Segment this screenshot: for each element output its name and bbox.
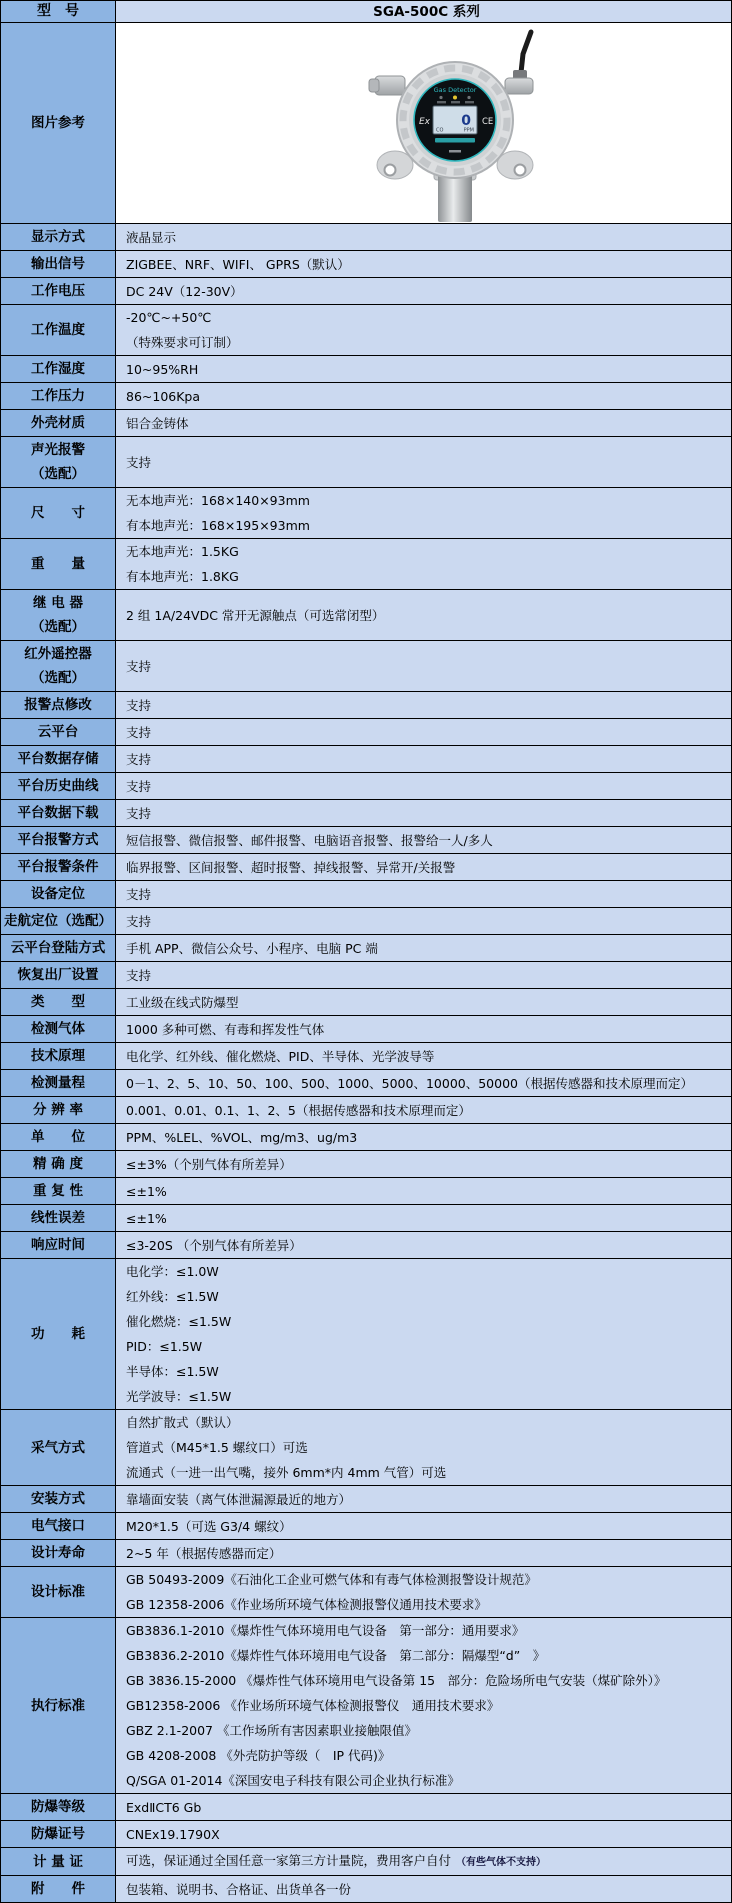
- row-value: 工业级在线式防爆型: [116, 989, 731, 1015]
- table-row: 工作湿度10~95%RH: [1, 356, 731, 383]
- row-value: 0.001、0.01、0.1、1、2、5（根据传感器和技术原理而定）: [116, 1097, 731, 1123]
- table-row: 工作电压DC 24V（12-30V）: [1, 278, 731, 305]
- value-text: 临界报警、区间报警、超时报警、掉线报警、异常开/关报警: [126, 860, 455, 875]
- row-value: 无本地声光：1.5KG有本地声光：1.8KG: [116, 539, 731, 589]
- value-text: 有本地声光：168×195×93mm: [126, 518, 310, 533]
- value-line: 半导体：≤1.5W: [126, 1359, 727, 1384]
- value-text: 无本地声光：1.5KG: [126, 544, 239, 559]
- left-cable-cap: [369, 79, 379, 92]
- row-value: 支持: [116, 881, 731, 907]
- value-line: 催化燃烧：≤1.5W: [126, 1309, 727, 1334]
- value-text: 管道式（M45*1.5 螺纹口）可选: [126, 1440, 308, 1455]
- value-line: GB3836.2-2010《爆炸性气体环境用电气设备 第二部分：隔爆型“d” 》: [126, 1643, 727, 1668]
- teal-banner: [435, 138, 475, 143]
- row-value: ≤±3%（个别气体有所差异）: [116, 1151, 731, 1177]
- row-label: 显示方式: [1, 224, 116, 250]
- table-row: 云平台支持: [1, 719, 731, 746]
- power-led: [453, 96, 457, 100]
- row-value: ≤3-20S （个别气体有所差异）: [116, 1232, 731, 1258]
- value-line: PPM、%LEL、%VOL、mg/m3、ug/m3: [126, 1125, 727, 1150]
- row-value: 10~95%RH: [116, 356, 731, 382]
- value-text: 光学波导：≤1.5W: [126, 1389, 231, 1404]
- row-label: 技术原理: [1, 1043, 116, 1069]
- row-value: 支持: [116, 800, 731, 826]
- table-row: 重 复 性≤±1%: [1, 1178, 731, 1205]
- table-row: 电气接口M20*1.5（可选 G3/4 螺纹）: [1, 1513, 731, 1540]
- value-text: 2 组 1A/24VDC 常开无源触点（可选常闭型）: [126, 608, 384, 623]
- value-text: 手机 APP、微信公众号、小程序、电脑 PC 端: [126, 941, 378, 956]
- table-row: 工作压力86~106Kpa: [1, 383, 731, 410]
- row-label: 设计标准: [1, 1567, 116, 1617]
- value-text: 电化学：≤1.0W: [126, 1264, 219, 1279]
- value-text: 铝合金铸体: [126, 416, 189, 431]
- table-row: 响应时间≤3-20S （个别气体有所差异）: [1, 1232, 731, 1259]
- row-label: 工作温度: [1, 305, 116, 355]
- table-row: 走航定位（选配）支持: [1, 908, 731, 935]
- antenna-icon: [513, 32, 531, 82]
- value-text: GBZ 2.1-2007 《工作场所有害因素职业接触限值》: [126, 1723, 417, 1738]
- table-row: 显示方式液晶显示: [1, 224, 731, 251]
- value-line: 10~95%RH: [126, 357, 727, 382]
- value-text: 支持: [126, 725, 151, 740]
- header-row: 型 号 SGA-500C 系列: [1, 1, 731, 23]
- value-line: 支持: [126, 720, 727, 745]
- table-row: 云平台登陆方式手机 APP、微信公众号、小程序、电脑 PC 端: [1, 935, 731, 962]
- table-row: 计 量 证可选，保证通过全国任意一家第三方计量院，费用客户自付（有些气体不支持）: [1, 1848, 731, 1876]
- row-value: ZIGBEE、NRF、WIFI、 GPRS（默认）: [116, 251, 731, 277]
- value-text: 支持: [126, 887, 151, 902]
- row-label: 功 耗: [1, 1259, 116, 1409]
- value-line: 0.001、0.01、0.1、1、2、5（根据传感器和技术原理而定）: [126, 1098, 727, 1123]
- row-label: 电气接口: [1, 1513, 116, 1539]
- value-text: ≤±1%: [126, 1211, 167, 1226]
- value-line: M20*1.5（可选 G3/4 螺纹）: [126, 1514, 727, 1539]
- value-text: 包装箱、说明书、合格证、出货单各一份: [126, 1882, 351, 1897]
- value-text: ≤±3%（个别气体有所差异）: [126, 1157, 292, 1172]
- value-line: 无本地声光：1.5KG: [126, 539, 727, 564]
- right-cable-gland: [505, 78, 533, 94]
- value-text: PPM、%LEL、%VOL、mg/m3、ug/m3: [126, 1130, 357, 1145]
- table-row: 采气方式自然扩散式（默认）管道式（M45*1.5 螺纹口）可选流通式（一进一出气…: [1, 1410, 731, 1486]
- value-text: GB 12358-2006《作业场所环境气体检测报警仪通用技术要求》: [126, 1597, 487, 1612]
- model-value: SGA-500C 系列: [116, 1, 731, 22]
- row-label: 平台报警方式: [1, 827, 116, 853]
- value-text: Q/SGA 01-2014《深国安电子科技有限公司企业执行标准》: [126, 1773, 460, 1788]
- value-text: 短信报警、微信报警、邮件报警、电脑语音报警、报警给一人/多人: [126, 833, 493, 848]
- row-value: 支持: [116, 719, 731, 745]
- row-value: 支持: [116, 641, 731, 691]
- row-label: 响应时间: [1, 1232, 116, 1258]
- value-line: 液晶显示: [126, 225, 727, 250]
- value-text: GB 3836.15-2000 《爆炸性气体环境用电气设备第 15 部分：危险场…: [126, 1673, 666, 1688]
- value-line: 1000 多种可燃、有毒和挥发性气体: [126, 1017, 727, 1042]
- row-value: 2 组 1A/24VDC 常开无源触点（可选常闭型）: [116, 590, 731, 640]
- lcd-right-text: PPM: [463, 128, 473, 134]
- row-value: CNEx19.1790X: [116, 1821, 731, 1847]
- value-line: ZIGBEE、NRF、WIFI、 GPRS（默认）: [126, 252, 727, 277]
- value-text: GB12358-2006 《作业场所环境气体检测报警仪 通用技术要求》: [126, 1698, 499, 1713]
- row-value: 支持: [116, 692, 731, 718]
- value-text: 电化学、红外线、催化燃烧、PID、半导体、光学波导等: [126, 1049, 434, 1064]
- value-line: 电化学：≤1.0W: [126, 1259, 727, 1284]
- table-row: 设计寿命2~5 年（根据传感器而定）: [1, 1540, 731, 1567]
- value-text: 红外线：≤1.5W: [126, 1289, 219, 1304]
- table-row: 输出信号ZIGBEE、NRF、WIFI、 GPRS（默认）: [1, 251, 731, 278]
- row-value: 铝合金铸体: [116, 410, 731, 436]
- value-text: DC 24V（12-30V）: [126, 284, 243, 299]
- row-label: 设备定位: [1, 881, 116, 907]
- value-text: 液晶显示: [126, 230, 176, 245]
- row-label: 云平台: [1, 719, 116, 745]
- value-line: 有本地声光：1.8KG: [126, 564, 727, 589]
- value-text: GB 4208-2008 《外壳防护等级（ IP 代码)》: [126, 1748, 390, 1763]
- table-row: 继 电 器 （选配）2 组 1A/24VDC 常开无源触点（可选常闭型）: [1, 590, 731, 641]
- value-text: 10~95%RH: [126, 362, 198, 377]
- row-label: 安装方式: [1, 1486, 116, 1512]
- value-line: ExdⅡCT6 Gb: [126, 1795, 727, 1820]
- row-value: 支持: [116, 908, 731, 934]
- row-value: 2~5 年（根据传感器而定）: [116, 1540, 731, 1566]
- table-row: 平台数据下载支持: [1, 800, 731, 827]
- row-value: 支持: [116, 773, 731, 799]
- value-line: 可选，保证通过全国任意一家第三方计量院，费用客户自付（有些气体不支持）: [126, 1848, 727, 1875]
- row-label: 采气方式: [1, 1410, 116, 1485]
- row-value: 支持: [116, 746, 731, 772]
- value-line: 短信报警、微信报警、邮件报警、电脑语音报警、报警给一人/多人: [126, 828, 727, 853]
- row-label: 单 位: [1, 1124, 116, 1150]
- value-text: 1000 多种可燃、有毒和挥发性气体: [126, 1022, 324, 1037]
- row-value: 无本地声光：168×140×93mm有本地声光：168×195×93mm: [116, 488, 731, 538]
- value-text: 支持: [126, 659, 151, 674]
- face-label-bar: [449, 150, 461, 153]
- value-line: 0－1、2、5、10、50、100、500、1000、5000、10000、50…: [126, 1071, 727, 1096]
- row-value: 支持: [116, 437, 731, 487]
- row-value: 0－1、2、5、10、50、100、500、1000、5000、10000、50…: [116, 1070, 731, 1096]
- table-row: 平台数据存储支持: [1, 746, 731, 773]
- screen-title: Gas Detector: [433, 86, 476, 94]
- table-row: 平台报警条件临界报警、区间报警、超时报警、掉线报警、异常开/关报警: [1, 854, 731, 881]
- value-line: 自然扩散式（默认）: [126, 1410, 727, 1435]
- row-value: PPM、%LEL、%VOL、mg/m3、ug/m3: [116, 1124, 731, 1150]
- value-line: GB12358-2006 《作业场所环境气体检测报警仪 通用技术要求》: [126, 1693, 727, 1718]
- value-line: 支持: [126, 747, 727, 772]
- row-value: ≤±1%: [116, 1205, 731, 1231]
- row-label: 云平台登陆方式: [1, 935, 116, 961]
- row-value: 支持: [116, 962, 731, 988]
- ex-mark: Ex: [419, 117, 431, 127]
- value-line: 有本地声光：168×195×93mm: [126, 513, 727, 538]
- value-line: 光学波导：≤1.5W: [126, 1384, 727, 1409]
- row-label: 类 型: [1, 989, 116, 1015]
- row-label: 防爆等级: [1, 1794, 116, 1820]
- value-line: 红外线：≤1.5W: [126, 1284, 727, 1309]
- value-line: 铝合金铸体: [126, 411, 727, 436]
- value-text: 支持: [126, 455, 151, 470]
- value-text: GB3836.2-2010《爆炸性气体环境用电气设备 第二部分：隔爆型“d” 》: [126, 1648, 545, 1663]
- value-line: 流通式（一进一出气嘴，接外 6mm*内 4mm 气管）可选: [126, 1460, 727, 1485]
- value-line: 工业级在线式防爆型: [126, 990, 727, 1015]
- row-label: 走航定位（选配）: [1, 908, 116, 934]
- model-series-text: SGA-500C 系列: [373, 2, 480, 22]
- row-label: 检测量程: [1, 1070, 116, 1096]
- model-label: 型 号: [1, 1, 116, 22]
- value-text: PID：≤1.5W: [126, 1339, 202, 1354]
- row-label: 平台数据下载: [1, 800, 116, 826]
- value-line: DC 24V（12-30V）: [126, 279, 727, 304]
- row-label: 红外遥控器 （选配）: [1, 641, 116, 691]
- value-line: Q/SGA 01-2014《深国安电子科技有限公司企业执行标准》: [126, 1768, 727, 1793]
- value-text: 无本地声光：168×140×93mm: [126, 493, 310, 508]
- value-text: ≤±1%: [126, 1184, 167, 1199]
- value-line: ≤±3%（个别气体有所差异）: [126, 1152, 727, 1177]
- table-row: 精 确 度≤±3%（个别气体有所差异）: [1, 1151, 731, 1178]
- row-label: 平台历史曲线: [1, 773, 116, 799]
- row-label: 附 件: [1, 1876, 116, 1902]
- value-text: ExdⅡCT6 Gb: [126, 1800, 201, 1815]
- table-row: 设计标准GB 50493-2009《石油化工企业可燃气体和有毒气体检测报警设计规…: [1, 1567, 731, 1618]
- ce-mark: CE: [482, 117, 493, 127]
- row-value: 液晶显示: [116, 224, 731, 250]
- row-label: 工作湿度: [1, 356, 116, 382]
- value-line: GB3836.1-2010《爆炸性气体环境用电气设备 第一部分：通用要求》: [126, 1618, 727, 1643]
- row-value: GB 50493-2009《石油化工企业可燃气体和有毒气体检测报警设计规范》GB…: [116, 1567, 731, 1617]
- value-line: GB 4208-2008 《外壳防护等级（ IP 代码)》: [126, 1743, 727, 1768]
- row-label: 执行标准: [1, 1618, 116, 1793]
- row-value: 1000 多种可燃、有毒和挥发性气体: [116, 1016, 731, 1042]
- value-text: 工业级在线式防爆型: [126, 995, 239, 1010]
- value-text: 有本地声光：1.8KG: [126, 569, 239, 584]
- table-row: 外壳材质铝合金铸体: [1, 410, 731, 437]
- row-label: 重 量: [1, 539, 116, 589]
- row-label: 恢复出厂设置: [1, 962, 116, 988]
- value-line: 包装箱、说明书、合格证、出货单各一份: [126, 1877, 727, 1902]
- value-text: 半导体：≤1.5W: [126, 1364, 219, 1379]
- spec-rows: 显示方式液晶显示输出信号ZIGBEE、NRF、WIFI、 GPRS（默认）工作电…: [1, 224, 731, 1902]
- value-text: 支持: [126, 698, 151, 713]
- table-row: 类 型工业级在线式防爆型: [1, 989, 731, 1016]
- value-line: 支持: [126, 450, 727, 475]
- row-label: 设计寿命: [1, 1540, 116, 1566]
- value-line: 电化学、红外线、催化燃烧、PID、半导体、光学波导等: [126, 1044, 727, 1069]
- row-value: DC 24V（12-30V）: [116, 278, 731, 304]
- display-face: Gas Detector 0 CO PPM Ex CE: [414, 79, 496, 161]
- row-value: ExdⅡCT6 Gb: [116, 1794, 731, 1820]
- row-label: 重 复 性: [1, 1178, 116, 1204]
- table-row: 报警点修改支持: [1, 692, 731, 719]
- value-line: 2 组 1A/24VDC 常开无源触点（可选常闭型）: [126, 603, 727, 628]
- table-row: 单 位PPM、%LEL、%VOL、mg/m3、ug/m3: [1, 1124, 731, 1151]
- value-line: 支持: [126, 774, 727, 799]
- row-value: 可选，保证通过全国任意一家第三方计量院，费用客户自付（有些气体不支持）: [116, 1848, 731, 1875]
- value-note: （有些气体不支持）: [456, 1857, 546, 1868]
- row-value: 临界报警、区间报警、超时报警、掉线报警、异常开/关报警: [116, 854, 731, 880]
- spec-table: 型 号 SGA-500C 系列 图片参考: [0, 0, 732, 1903]
- row-value: 电化学：≤1.0W红外线：≤1.5W催化燃烧：≤1.5WPID：≤1.5W半导体…: [116, 1259, 731, 1409]
- value-line: ≤±1%: [126, 1179, 727, 1204]
- table-row: 红外遥控器 （选配）支持: [1, 641, 731, 692]
- value-line: 支持: [126, 963, 727, 988]
- value-text: GB 50493-2009《石油化工企业可燃气体和有毒气体检测报警设计规范》: [126, 1572, 537, 1587]
- value-text: 流通式（一进一出气嘴，接外 6mm*内 4mm 气管）可选: [126, 1465, 446, 1480]
- value-text: 86~106Kpa: [126, 389, 200, 404]
- row-value: 86~106Kpa: [116, 383, 731, 409]
- value-text: M20*1.5（可选 G3/4 螺纹）: [126, 1519, 292, 1534]
- value-line: 支持: [126, 801, 727, 826]
- value-text: 靠墙面安装（离气体泄漏源最近的地方）: [126, 1492, 351, 1507]
- row-value: 靠墙面安装（离气体泄漏源最近的地方）: [116, 1486, 731, 1512]
- value-line: GB 50493-2009《石油化工企业可燃气体和有毒气体检测报警设计规范》: [126, 1567, 727, 1592]
- value-text: GB3836.1-2010《爆炸性气体环境用电气设备 第一部分：通用要求》: [126, 1623, 524, 1638]
- table-row: 安装方式靠墙面安装（离气体泄漏源最近的地方）: [1, 1486, 731, 1513]
- table-row: 恢复出厂设置支持: [1, 962, 731, 989]
- table-row: 平台历史曲线支持: [1, 773, 731, 800]
- value-line: ≤±1%: [126, 1206, 727, 1231]
- row-label: 检测气体: [1, 1016, 116, 1042]
- row-value: M20*1.5（可选 G3/4 螺纹）: [116, 1513, 731, 1539]
- table-row: 重 量无本地声光：1.5KG有本地声光：1.8KG: [1, 539, 731, 590]
- table-row: 功 耗电化学：≤1.0W红外线：≤1.5W催化燃烧：≤1.5WPID：≤1.5W…: [1, 1259, 731, 1410]
- row-value: 手机 APP、微信公众号、小程序、电脑 PC 端: [116, 935, 731, 961]
- image-row: 图片参考: [1, 23, 731, 224]
- row-value: 包装箱、说明书、合格证、出货单各一份: [116, 1876, 731, 1902]
- value-line: 2~5 年（根据传感器而定）: [126, 1541, 727, 1566]
- value-text: 支持: [126, 779, 151, 794]
- value-line: 支持: [126, 693, 727, 718]
- value-line: -20℃~+50℃: [126, 305, 727, 330]
- row-label: 继 电 器 （选配）: [1, 590, 116, 640]
- value-text: （特殊要求可订制）: [126, 335, 239, 350]
- lcd-left-text: CO: [436, 128, 443, 134]
- value-line: 靠墙面安装（离气体泄漏源最近的地方）: [126, 1487, 727, 1512]
- row-label: 分 辨 率: [1, 1097, 116, 1123]
- value-text: 2~5 年（根据传感器而定）: [126, 1546, 281, 1561]
- row-label: 外壳材质: [1, 410, 116, 436]
- row-label: 计 量 证: [1, 1848, 116, 1875]
- row-label: 输出信号: [1, 251, 116, 277]
- value-line: 支持: [126, 909, 727, 934]
- value-text: ZIGBEE、NRF、WIFI、 GPRS（默认）: [126, 257, 350, 272]
- value-line: CNEx19.1790X: [126, 1822, 727, 1847]
- table-row: 检测气体1000 多种可燃、有毒和挥发性气体: [1, 1016, 731, 1043]
- value-text: 支持: [126, 752, 151, 767]
- table-row: 工作温度-20℃~+50℃（特殊要求可订制）: [1, 305, 731, 356]
- table-row: 平台报警方式短信报警、微信报警、邮件报警、电脑语音报警、报警给一人/多人: [1, 827, 731, 854]
- table-row: 防爆等级ExdⅡCT6 Gb: [1, 1794, 731, 1821]
- value-text: 支持: [126, 968, 151, 983]
- value-line: （特殊要求可订制）: [126, 330, 727, 355]
- value-text: ≤3-20S （个别气体有所差异）: [126, 1238, 302, 1253]
- value-text: CNEx19.1790X: [126, 1827, 220, 1842]
- row-value: 短信报警、微信报警、邮件报警、电脑语音报警、报警给一人/多人: [116, 827, 731, 853]
- row-value: 电化学、红外线、催化燃烧、PID、半导体、光学波导等: [116, 1043, 731, 1069]
- value-text: -20℃~+50℃: [126, 310, 211, 325]
- table-row: 线性误差≤±1%: [1, 1205, 731, 1232]
- table-row: 技术原理电化学、红外线、催化燃烧、PID、半导体、光学波导等: [1, 1043, 731, 1070]
- value-line: 临界报警、区间报警、超时报警、掉线报警、异常开/关报警: [126, 855, 727, 880]
- row-label: 工作压力: [1, 383, 116, 409]
- row-value: -20℃~+50℃（特殊要求可订制）: [116, 305, 731, 355]
- table-row: 尺 寸无本地声光：168×140×93mm有本地声光：168×195×93mm: [1, 488, 731, 539]
- row-label: 线性误差: [1, 1205, 116, 1231]
- row-label: 报警点修改: [1, 692, 116, 718]
- value-text: 支持: [126, 914, 151, 929]
- row-label: 声光报警 （选配）: [1, 437, 116, 487]
- gas-detector-image: Gas Detector 0 CO PPM Ex CE: [363, 24, 553, 222]
- value-line: 管道式（M45*1.5 螺纹口）可选: [126, 1435, 727, 1460]
- table-row: 附 件包装箱、说明书、合格证、出货单各一份: [1, 1876, 731, 1902]
- value-text: 支持: [126, 806, 151, 821]
- table-row: 检测量程0－1、2、5、10、50、100、500、1000、5000、1000…: [1, 1070, 731, 1097]
- value-text: 催化燃烧：≤1.5W: [126, 1314, 231, 1329]
- row-value: GB3836.1-2010《爆炸性气体环境用电气设备 第一部分：通用要求》GB3…: [116, 1618, 731, 1793]
- row-label: 平台报警条件: [1, 854, 116, 880]
- value-line: 86~106Kpa: [126, 384, 727, 409]
- value-text: 可选，保证通过全国任意一家第三方计量院，费用客户自付: [126, 1853, 451, 1868]
- image-cell: Gas Detector 0 CO PPM Ex CE: [116, 23, 731, 223]
- table-row: 执行标准GB3836.1-2010《爆炸性气体环境用电气设备 第一部分：通用要求…: [1, 1618, 731, 1794]
- table-row: 分 辨 率0.001、0.01、0.1、1、2、5（根据传感器和技术原理而定）: [1, 1097, 731, 1124]
- row-value: ≤±1%: [116, 1178, 731, 1204]
- value-line: PID：≤1.5W: [126, 1334, 727, 1359]
- row-label: 防爆证号: [1, 1821, 116, 1847]
- image-row-label: 图片参考: [1, 23, 116, 223]
- value-text: 0.001、0.01、0.1、1、2、5（根据传感器和技术原理而定）: [126, 1103, 471, 1118]
- value-line: GB 3836.15-2000 《爆炸性气体环境用电气设备第 15 部分：危险场…: [126, 1668, 727, 1693]
- value-line: GBZ 2.1-2007 《工作场所有害因素职业接触限值》: [126, 1718, 727, 1743]
- row-value: 自然扩散式（默认）管道式（M45*1.5 螺纹口）可选流通式（一进一出气嘴，接外…: [116, 1410, 731, 1485]
- row-label: 精 确 度: [1, 1151, 116, 1177]
- value-line: 手机 APP、微信公众号、小程序、电脑 PC 端: [126, 936, 727, 961]
- value-line: GB 12358-2006《作业场所环境气体检测报警仪通用技术要求》: [126, 1592, 727, 1617]
- row-label: 工作电压: [1, 278, 116, 304]
- value-line: 无本地声光：168×140×93mm: [126, 488, 727, 513]
- value-text: 0－1、2、5、10、50、100、500、1000、5000、10000、50…: [126, 1076, 693, 1091]
- value-line: 支持: [126, 882, 727, 907]
- value-line: ≤3-20S （个别气体有所差异）: [126, 1233, 727, 1258]
- row-label: 尺 寸: [1, 488, 116, 538]
- row-label: 平台数据存储: [1, 746, 116, 772]
- table-row: 防爆证号CNEx19.1790X: [1, 1821, 731, 1848]
- value-line: 支持: [126, 654, 727, 679]
- value-text: 自然扩散式（默认）: [126, 1415, 239, 1430]
- table-row: 声光报警 （选配）支持: [1, 437, 731, 488]
- table-row: 设备定位支持: [1, 881, 731, 908]
